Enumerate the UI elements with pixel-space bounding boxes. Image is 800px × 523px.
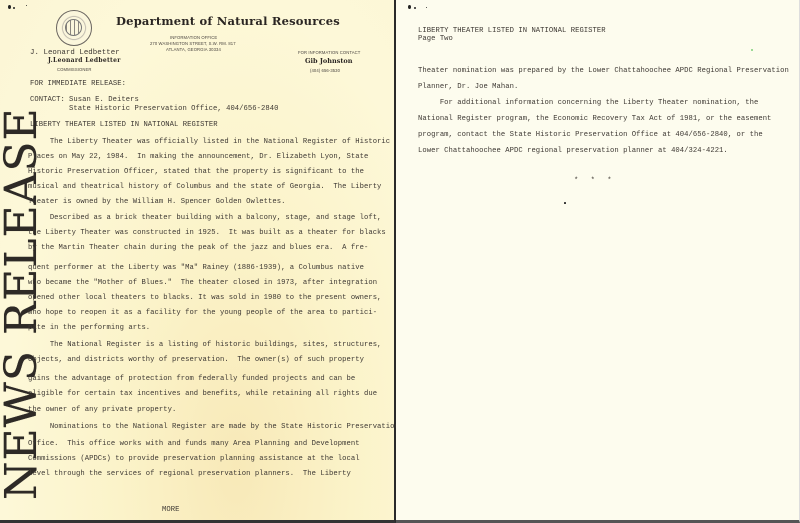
ink-speck: [414, 7, 416, 9]
body-line: quent performer at the Liberty was "Ma" …: [28, 264, 364, 272]
body-line: the owner of any private property.: [28, 406, 176, 414]
immediate-release-note: FOR IMMEDIATE RELEASE:: [30, 80, 126, 88]
body-line: eligible for certain tax incentives and …: [28, 390, 377, 398]
ink-speck: [426, 7, 427, 8]
body-line: by the Martin Theater chain during the p…: [28, 244, 368, 252]
end-mark: * * *: [574, 177, 616, 185]
body-line: Places on May 22, 1984. In making the an…: [28, 153, 368, 161]
ink-speck: [408, 5, 411, 9]
body-line: Theater nomination was prepared by the L…: [418, 67, 789, 75]
body-line: Commissions (APDCs) to provide preservat…: [28, 455, 360, 463]
body-line: who became the "Mother of Blues." The th…: [28, 279, 377, 287]
body-line: gains the advantage of protection from f…: [28, 375, 355, 383]
office-address-line2: ATLANTA, GEORGIA 30334: [166, 47, 221, 52]
ink-speck: [8, 5, 11, 9]
page-two-header-page: Page Two: [418, 35, 453, 43]
body-line: level through the services of regional p…: [28, 470, 351, 478]
body-line: Described as a brick theater building wi…: [28, 214, 381, 222]
body-line: pate in the performing arts.: [28, 324, 150, 332]
body-line: Planner, Dr. Joe Mahan.: [418, 83, 518, 91]
ink-speck: [564, 202, 566, 204]
body-line: Lower Chattahoochee APDC regional preser…: [418, 147, 728, 155]
contact-label: CONTACT:: [30, 96, 65, 104]
news-release-page-two: LIBERTY THEATER LISTED IN NATIONAL REGIS…: [396, 0, 800, 523]
info-contact-name: Gib Johnston: [305, 57, 352, 65]
body-line: For additional information concerning th…: [418, 99, 758, 107]
stray-mark: [751, 49, 753, 51]
body-line: Nominations to the National Register are…: [28, 423, 399, 431]
headline: LIBERTY THEATER LISTED IN NATIONAL REGIS…: [30, 121, 218, 129]
body-line: musical and theatrical history of Columb…: [28, 183, 381, 191]
body-line: Historic Preservation Officer, stated th…: [28, 168, 364, 176]
body-line: opened other local theaters to blacks. I…: [28, 294, 381, 302]
commissioner-title: COMMISSIONER: [57, 67, 91, 72]
info-contact-label: FOR INFORMATION CONTACT: [298, 50, 360, 55]
body-line: The National Register is a listing of hi…: [28, 341, 381, 349]
info-contact-phone: (404) 656-3530: [310, 68, 340, 73]
body-line: National Register program, the Economic …: [418, 115, 771, 123]
body-line: Office. This office works with and funds…: [28, 440, 360, 448]
information-office-label: INFORMATION OFFICE: [170, 35, 217, 40]
ink-speck: [26, 5, 27, 6]
georgia-state-seal-icon: [56, 10, 92, 46]
office-address-line1: 270 WASHINGTON STREET, S.W. RM. 817: [150, 41, 236, 46]
department-title: Department of Natural Resources: [116, 14, 340, 28]
commissioner-name: J. Leonard Ledbetter: [30, 49, 120, 57]
contact-name: Susan E. Deiters: [69, 96, 139, 104]
more-footer: MORE: [162, 506, 179, 514]
commissioner-signature: J.Leonard Ledbetter: [48, 57, 121, 64]
contact-office: State Historic Preservation Office, 404/…: [69, 105, 278, 113]
body-line: The Liberty Theater was officially liste…: [28, 138, 390, 146]
ink-speck: [13, 7, 15, 9]
body-line: objects, and districts worthy of preserv…: [28, 356, 364, 364]
body-line: the Liberty Theater was constructed in 1…: [28, 229, 386, 237]
page-two-header-title: LIBERTY THEATER LISTED IN NATIONAL REGIS…: [418, 27, 606, 35]
body-line: program, contact the State Historic Pres…: [418, 131, 763, 139]
body-line: who hope to reopen it as a facility for …: [28, 309, 377, 317]
news-release-page-one: Department of Natural Resources INFORMAT…: [0, 0, 396, 523]
body-line: Theater is owned by the William H. Spenc…: [28, 198, 285, 206]
